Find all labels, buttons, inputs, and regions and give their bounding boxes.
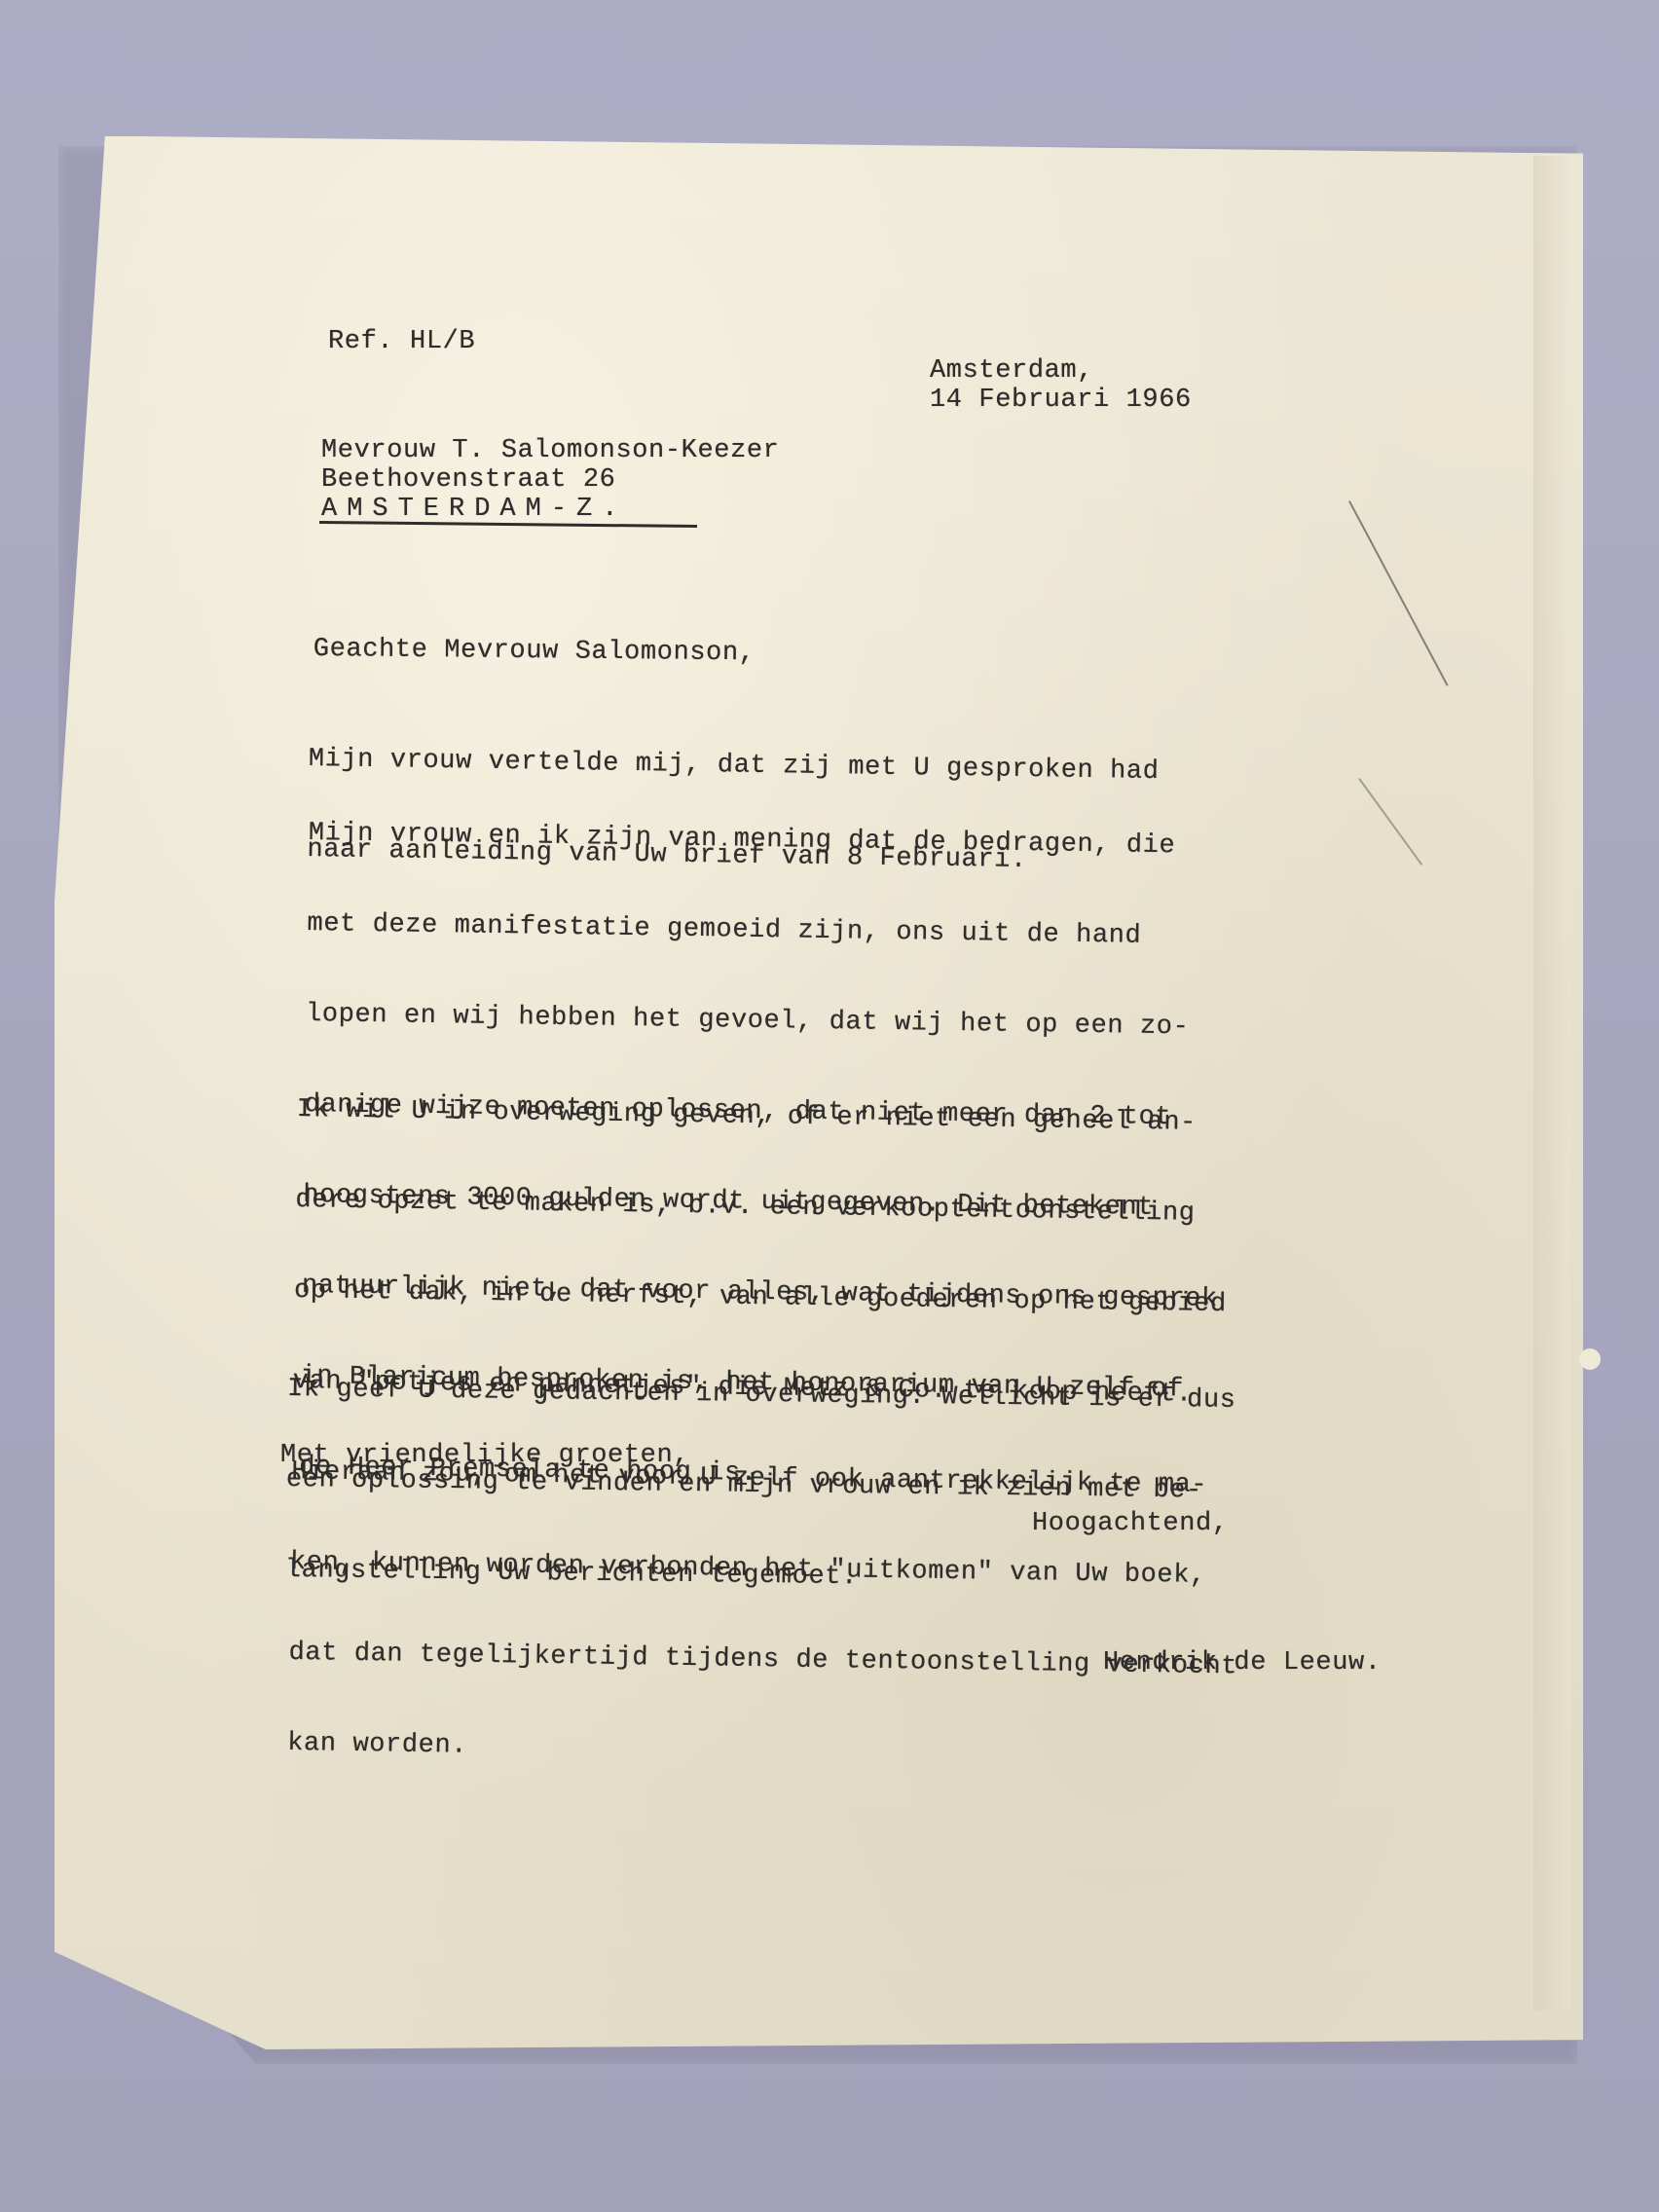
recipient-street: Beethovenstraat 26	[321, 465, 615, 496]
paper-edge-tear	[1579, 1348, 1601, 1370]
reference-code: Ref. HL/B	[328, 327, 475, 357]
recipient-name: Mevrouw T. Salomonson-Keezer	[321, 436, 779, 466]
letter-place: Amsterdam,	[930, 356, 1093, 387]
paragraph-line: langstelling Uw berichten tegemoet.	[285, 1556, 1235, 1598]
paragraph-line: met deze manifestatie gemoeid zijn, ons …	[307, 909, 1223, 953]
recipient-city: AMSTERDAM-Z.	[321, 495, 627, 525]
letter-date: 14 Februari 1966	[930, 386, 1192, 416]
paragraph-line: kan worden.	[287, 1729, 1236, 1773]
paragraph-line: Ik geef U deze gedachten in overweging. …	[287, 1375, 1236, 1417]
paragraph-line: dere opzet te maken is, b.v. een verkoop…	[295, 1186, 1244, 1230]
paragraph-line: op het dak, in de herfst, van alle goede…	[294, 1276, 1243, 1320]
regards: Hoogachtend,	[1032, 1509, 1229, 1539]
paragraph-line: een oplossing te vinden en mijn vrouw en…	[286, 1465, 1235, 1507]
salutation: Geachte Mevrouw Salomonson,	[313, 635, 756, 669]
signature: Hendrik de Leeuw.	[1103, 1648, 1382, 1678]
closing: Met vriendelijke groeten,	[280, 1441, 689, 1471]
paper-right-edge-fold	[1533, 156, 1570, 2010]
paragraph-line: dat dan tegelijkertijd tijdens de tentoo…	[288, 1639, 1237, 1682]
paragraph-line: Mijn vrouw en ik zijn van mening dat de …	[309, 819, 1225, 863]
paragraph-line: Ik wil U in overweging geven, of er niet…	[297, 1095, 1246, 1139]
